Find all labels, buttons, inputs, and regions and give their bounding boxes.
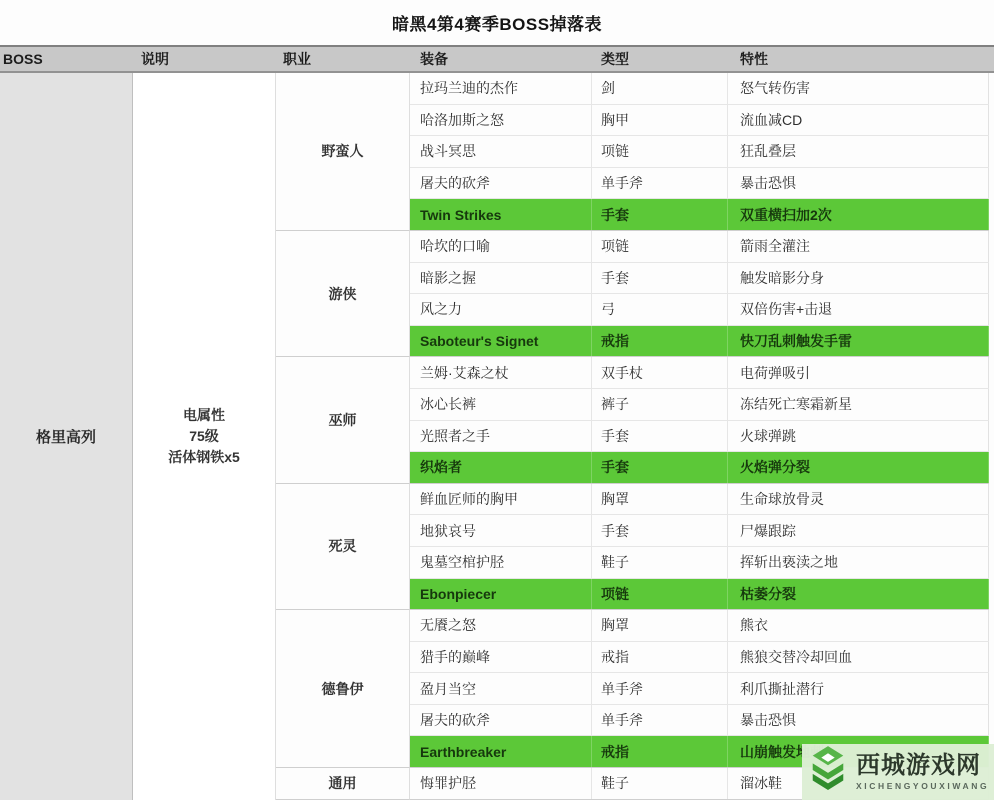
header-cell-type: 类型 [592, 47, 728, 71]
page: 暗黑4第4赛季BOSS掉落表 BOSS 说明 职业 装备 类型 特性 格里高列 … [0, 0, 994, 800]
item-row-highlighted: Ebonpiecer项链枯萎分裂 [410, 579, 989, 611]
item-row-highlighted: 织焰者手套火焰弹分裂 [410, 452, 989, 484]
equip-cell: 战斗冥思 [410, 136, 592, 167]
item-row: 战斗冥思项链狂乱叠层 [410, 136, 989, 168]
boss-desc-line: 75级 [189, 426, 219, 447]
item-rows: 拉玛兰迪的杰作剑怒气转伤害哈洛加斯之怒胸甲流血减CD战斗冥思项链狂乱叠层屠夫的砍… [410, 73, 989, 231]
equip-cell: Saboteur's Signet [410, 326, 592, 357]
equip-cell: 拉玛兰迪的杰作 [410, 73, 592, 104]
watermark-subtitle: XICHENGYOUXIWANG [856, 781, 989, 791]
item-row: 冰心长裤裤子冻结死亡寒霜新星 [410, 389, 989, 421]
item-row: 哈洛加斯之怒胸甲流血减CD [410, 105, 989, 137]
type-cell: 单手斧 [592, 705, 728, 736]
watermark: 西城游戏网 XICHENGYOUXIWANG [802, 744, 994, 800]
item-row: 盈月当空单手斧利爪撕扯潜行 [410, 673, 989, 705]
trait-cell: 熊衣 [728, 610, 989, 641]
trait-cell: 双倍伤害+击退 [728, 294, 989, 325]
type-cell: 项链 [592, 136, 728, 167]
trait-cell: 尸爆跟踪 [728, 515, 989, 546]
boss-desc-line: 活体钢铁x5 [168, 447, 240, 468]
type-cell: 手套 [592, 452, 728, 483]
type-cell: 戒指 [592, 642, 728, 673]
header-cell-class: 职业 [276, 47, 410, 71]
type-cell: 戒指 [592, 326, 728, 357]
trait-cell: 挥斩出亵渎之地 [728, 547, 989, 578]
item-row: 屠夫的砍斧单手斧暴击恐惧 [410, 705, 989, 737]
trait-cell: 暴击恐惧 [728, 168, 989, 199]
trait-cell: 狂乱叠层 [728, 136, 989, 167]
table-body: 格里高列 电属性75级活体钢铁x5 野蛮人拉玛兰迪的杰作剑怒气转伤害哈洛加斯之怒… [0, 73, 994, 800]
type-cell: 单手斧 [592, 673, 728, 704]
trait-cell: 利爪撕扯潜行 [728, 673, 989, 704]
equip-cell: 暗影之握 [410, 263, 592, 294]
class-name-cell: 游侠 [276, 231, 410, 357]
item-rows: 鲜血匠师的胸甲胸罩生命球放骨灵地狱哀号手套尸爆跟踪鬼墓空棺护胫鞋子挥斩出亵渎之地… [410, 484, 989, 610]
equip-cell: 无餍之怒 [410, 610, 592, 641]
class-name-cell: 德鲁伊 [276, 610, 410, 768]
item-rows: 哈坎的口喻项链箭雨全灌注暗影之握手套触发暗影分身风之力弓双倍伤害+击退Sabot… [410, 231, 989, 357]
type-cell: 鞋子 [592, 547, 728, 578]
equip-cell: 屠夫的砍斧 [410, 705, 592, 736]
type-cell: 手套 [592, 515, 728, 546]
class-name-cell: 巫师 [276, 357, 410, 483]
equip-cell: Earthbreaker [410, 736, 592, 767]
trait-cell: 枯萎分裂 [728, 579, 989, 610]
equip-cell: 风之力 [410, 294, 592, 325]
item-row: 风之力弓双倍伤害+击退 [410, 294, 989, 326]
trait-cell: 电荷弹吸引 [728, 357, 989, 388]
type-cell: 胸罩 [592, 484, 728, 515]
watermark-text: 西城游戏网 XICHENGYOUXIWANG [856, 753, 989, 791]
boss-desc-cell: 电属性75级活体钢铁x5 [133, 73, 276, 800]
trait-cell: 火焰弹分裂 [728, 452, 989, 483]
watermark-logo-icon [807, 745, 849, 795]
type-cell: 双手杖 [592, 357, 728, 388]
type-cell: 胸甲 [592, 105, 728, 136]
trait-cell: 箭雨全灌注 [728, 231, 989, 262]
class-group: 巫师兰姆·艾森之杖双手杖电荷弹吸引冰心长裤裤子冻结死亡寒霜新星光照者之手手套火球… [276, 357, 989, 483]
equip-cell: 哈洛加斯之怒 [410, 105, 592, 136]
item-row: 光照者之手手套火球弹跳 [410, 421, 989, 453]
equip-cell: 鬼墓空棺护胫 [410, 547, 592, 578]
type-cell: 手套 [592, 263, 728, 294]
equip-cell: 屠夫的砍斧 [410, 168, 592, 199]
type-cell: 裤子 [592, 389, 728, 420]
equip-cell: 织焰者 [410, 452, 592, 483]
item-row: 无餍之怒胸罩熊衣 [410, 610, 989, 642]
boss-desc-line: 电属性 [183, 405, 225, 426]
trait-cell: 快刀乱刺触发手雷 [728, 326, 989, 357]
trait-cell: 怒气转伤害 [728, 73, 989, 104]
trait-cell: 双重横扫加2次 [728, 199, 989, 230]
equip-cell: 兰姆·艾森之杖 [410, 357, 592, 388]
class-name-cell: 野蛮人 [276, 73, 410, 231]
item-row: 哈坎的口喻项链箭雨全灌注 [410, 231, 989, 263]
item-row: 地狱哀号手套尸爆跟踪 [410, 515, 989, 547]
item-row: 鬼墓空棺护胫鞋子挥斩出亵渎之地 [410, 547, 989, 579]
type-cell: 单手斧 [592, 168, 728, 199]
item-row: 兰姆·艾森之杖双手杖电荷弹吸引 [410, 357, 989, 389]
class-groups: 野蛮人拉玛兰迪的杰作剑怒气转伤害哈洛加斯之怒胸甲流血减CD战斗冥思项链狂乱叠层屠… [276, 73, 994, 800]
title-bar: 暗黑4第4赛季BOSS掉落表 [0, 0, 994, 45]
item-row: 猎手的巅峰戒指熊狼交替冷却回血 [410, 642, 989, 674]
type-cell: 弓 [592, 294, 728, 325]
type-cell: 戒指 [592, 736, 728, 767]
header-cell-boss: BOSS [0, 47, 133, 71]
class-name-cell: 通用 [276, 768, 410, 800]
item-row: 暗影之握手套触发暗影分身 [410, 263, 989, 295]
trait-cell: 暴击恐惧 [728, 705, 989, 736]
equip-cell: 猎手的巅峰 [410, 642, 592, 673]
equip-cell: 冰心长裤 [410, 389, 592, 420]
boss-name-cell: 格里高列 [0, 73, 133, 800]
item-row-highlighted: Twin Strikes手套双重横扫加2次 [410, 199, 989, 231]
item-row: 拉玛兰迪的杰作剑怒气转伤害 [410, 73, 989, 105]
type-cell: 剑 [592, 73, 728, 104]
trait-cell: 生命球放骨灵 [728, 484, 989, 515]
equip-cell: Twin Strikes [410, 199, 592, 230]
trait-cell: 流血减CD [728, 105, 989, 136]
type-cell: 项链 [592, 231, 728, 262]
equip-cell: 地狱哀号 [410, 515, 592, 546]
table-header: BOSS 说明 职业 装备 类型 特性 [0, 45, 994, 73]
equip-cell: 鲜血匠师的胸甲 [410, 484, 592, 515]
class-group: 游侠哈坎的口喻项链箭雨全灌注暗影之握手套触发暗影分身风之力弓双倍伤害+击退Sab… [276, 231, 989, 357]
type-cell: 项链 [592, 579, 728, 610]
header-cell-trait: 特性 [728, 47, 994, 71]
type-cell: 胸罩 [592, 610, 728, 641]
equip-cell: Ebonpiecer [410, 579, 592, 610]
type-cell: 手套 [592, 421, 728, 452]
class-group: 野蛮人拉玛兰迪的杰作剑怒气转伤害哈洛加斯之怒胸甲流血减CD战斗冥思项链狂乱叠层屠… [276, 73, 989, 231]
equip-cell: 光照者之手 [410, 421, 592, 452]
trait-cell: 熊狼交替冷却回血 [728, 642, 989, 673]
equip-cell: 哈坎的口喻 [410, 231, 592, 262]
watermark-title: 西城游戏网 [856, 753, 989, 779]
type-cell: 鞋子 [592, 768, 728, 799]
item-rows: 兰姆·艾森之杖双手杖电荷弹吸引冰心长裤裤子冻结死亡寒霜新星光照者之手手套火球弹跳… [410, 357, 989, 483]
equip-cell: 盈月当空 [410, 673, 592, 704]
equip-cell: 悔罪护胫 [410, 768, 592, 799]
header-cell-equip: 装备 [410, 47, 592, 71]
page-title: 暗黑4第4赛季BOSS掉落表 [392, 10, 602, 35]
trait-cell: 冻结死亡寒霜新星 [728, 389, 989, 420]
item-row-highlighted: Saboteur's Signet戒指快刀乱刺触发手雷 [410, 326, 989, 358]
type-cell: 手套 [592, 199, 728, 230]
class-name-cell: 死灵 [276, 484, 410, 610]
trait-cell: 火球弹跳 [728, 421, 989, 452]
item-row: 屠夫的砍斧单手斧暴击恐惧 [410, 168, 989, 200]
header-cell-desc: 说明 [133, 47, 276, 71]
class-group: 死灵鲜血匠师的胸甲胸罩生命球放骨灵地狱哀号手套尸爆跟踪鬼墓空棺护胫鞋子挥斩出亵渎… [276, 484, 989, 610]
item-row: 鲜血匠师的胸甲胸罩生命球放骨灵 [410, 484, 989, 516]
trait-cell: 触发暗影分身 [728, 263, 989, 294]
